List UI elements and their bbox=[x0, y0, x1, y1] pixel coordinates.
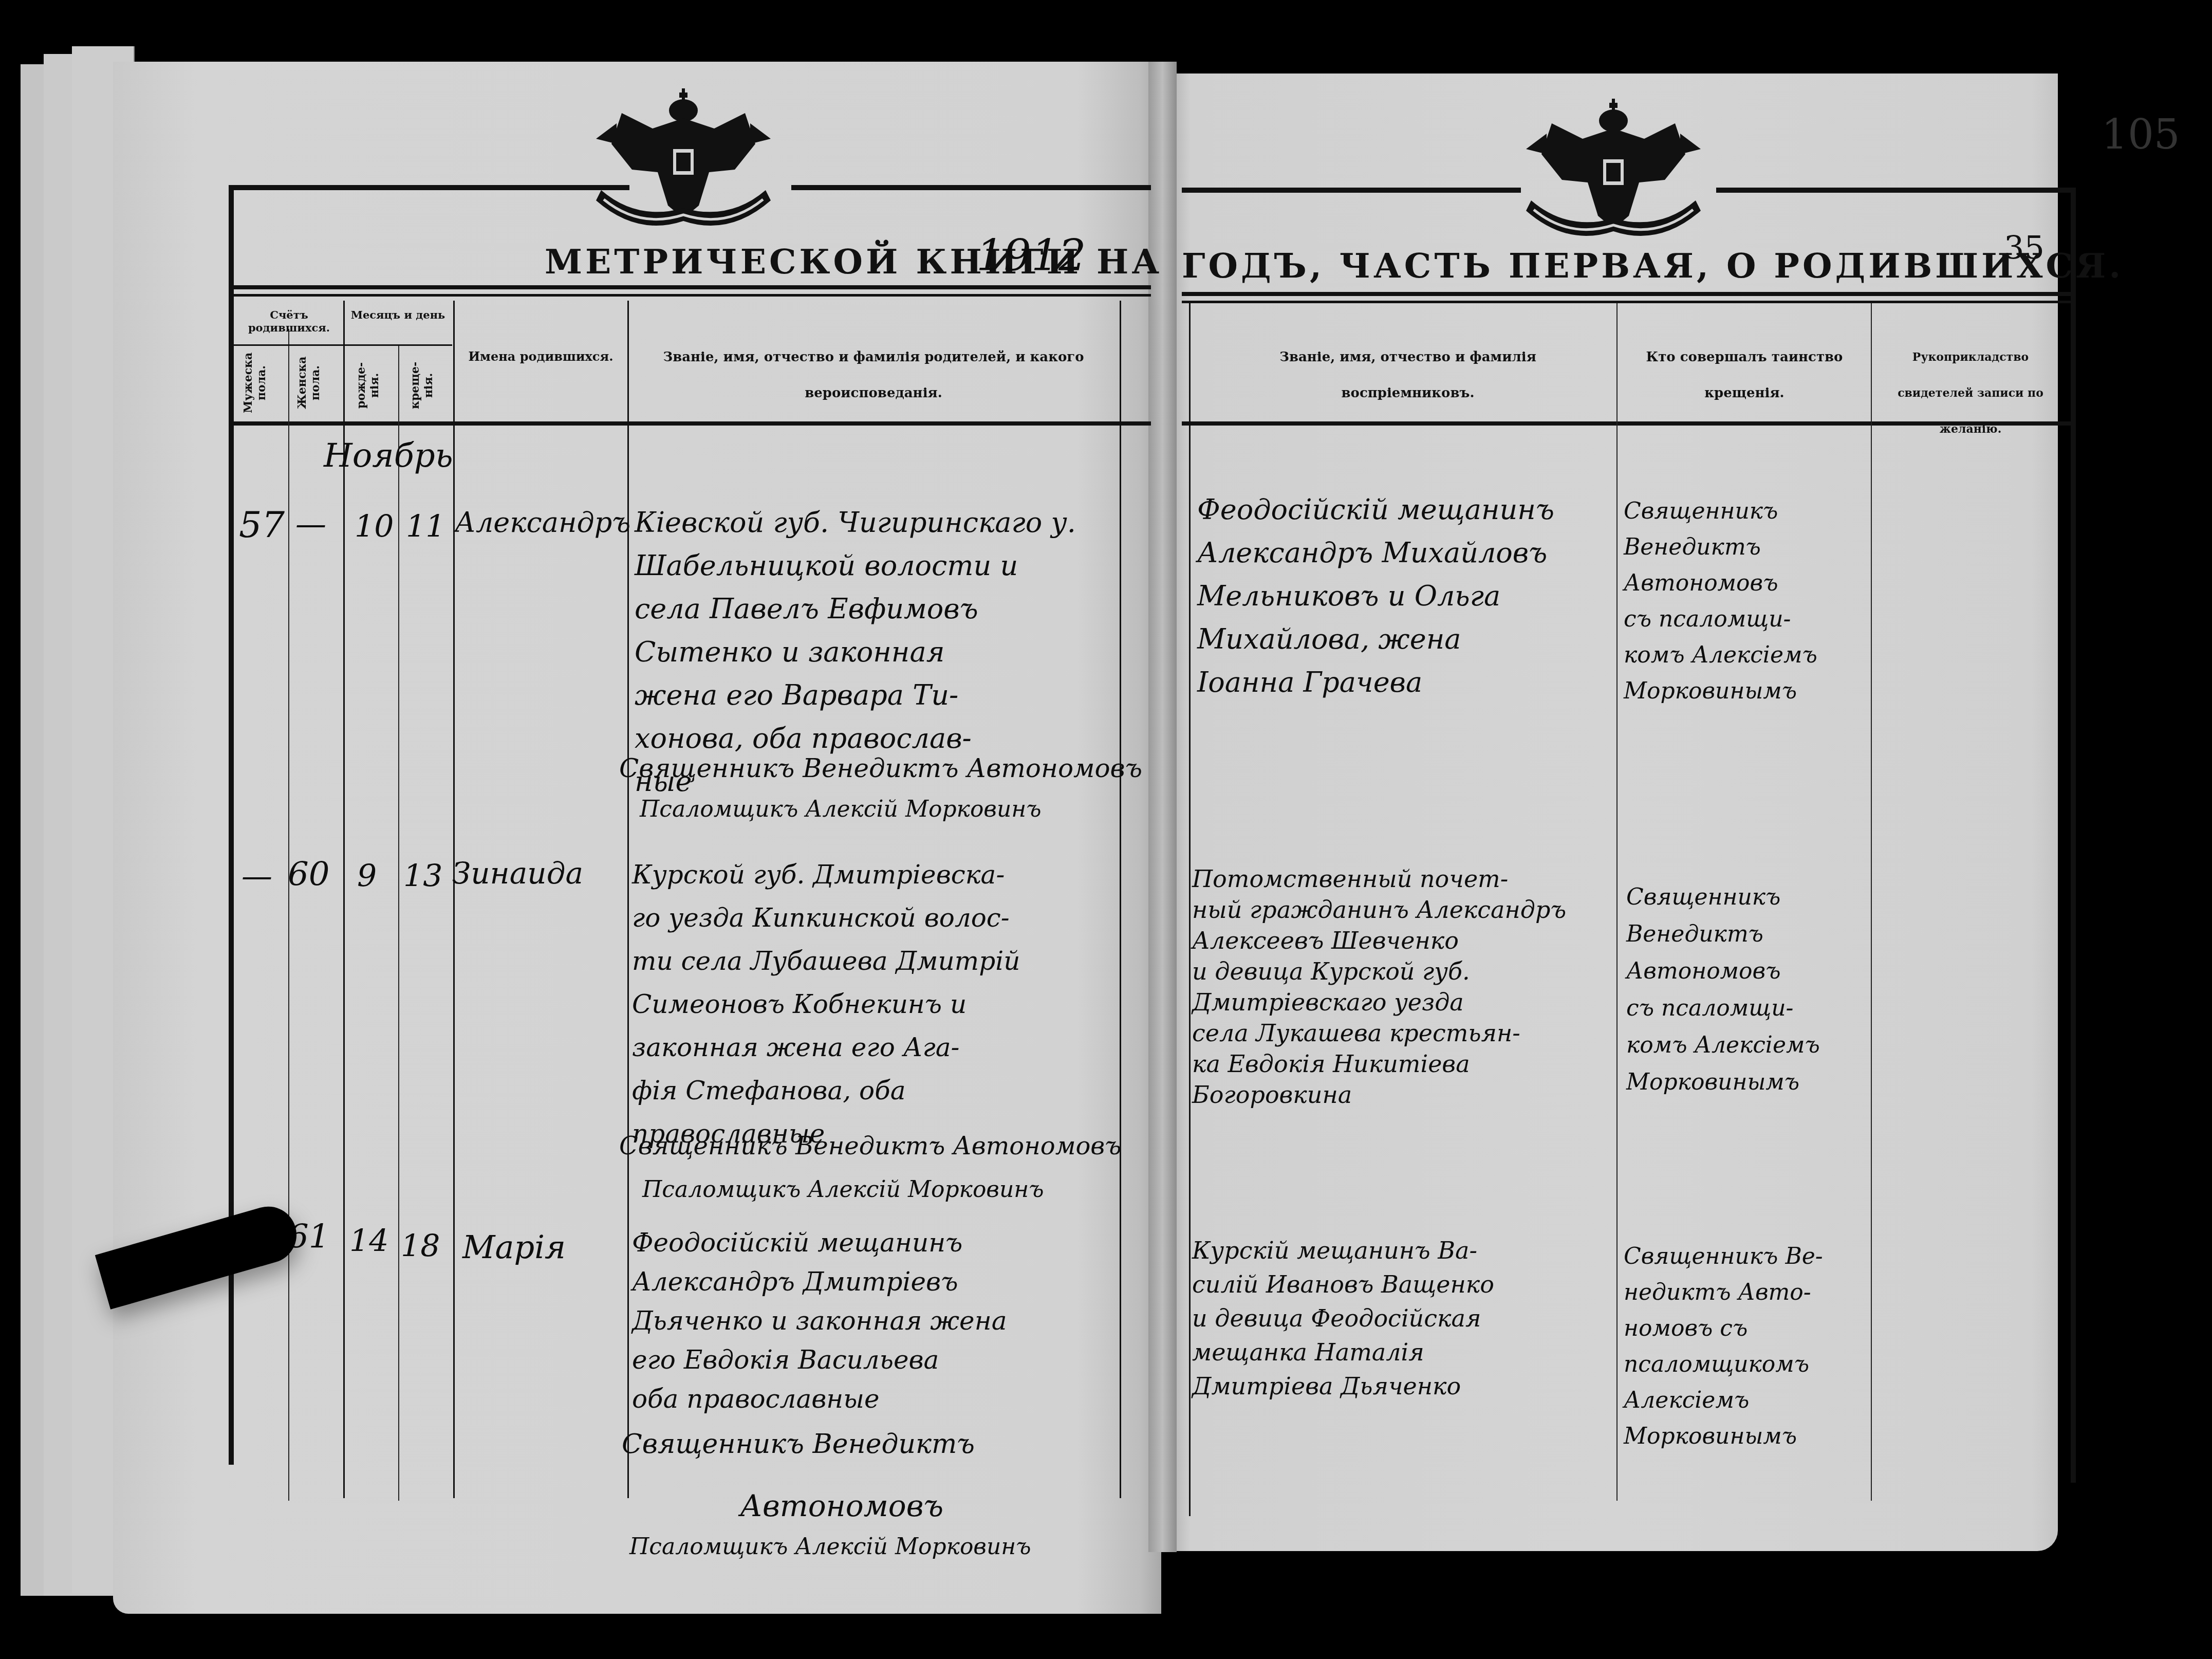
priest-surname-signature: Автономовъ bbox=[740, 1490, 943, 1521]
col-sep bbox=[627, 301, 629, 1498]
col-header-birth: рожде-нія. bbox=[355, 355, 391, 416]
imperial-eagle-emblem-icon bbox=[1521, 93, 1706, 247]
parents-line: его Евдокія Васильева bbox=[632, 1340, 1007, 1379]
col-header-names: Имена родившихся. bbox=[457, 349, 624, 364]
godparents-line: и девица Курской губ. bbox=[1192, 956, 1566, 987]
officiant-line: Морковинымъ bbox=[1626, 1064, 1820, 1101]
officiant-line: съ псаломщи- bbox=[1624, 601, 1817, 637]
female-count: — bbox=[295, 506, 326, 542]
col-sep bbox=[398, 344, 399, 1501]
col-header-witnesses: Рукоприкладство свидетелей записи по жел… bbox=[1875, 339, 2066, 447]
godparents-text: Феодосійскій мещанинъ Александръ Михайло… bbox=[1197, 488, 1554, 704]
col-header-godparents: Званіе, имя, отчество и фамилія воспріем… bbox=[1243, 339, 1572, 411]
godparents-line: Мельниковъ и Ольга bbox=[1197, 575, 1554, 618]
top-border-left bbox=[229, 185, 629, 190]
col-header-parents: Званіе, имя, отчество и фамилія родителе… bbox=[637, 339, 1110, 411]
parents-line: Дьяченко и законная жена bbox=[632, 1301, 1007, 1340]
officiant-line: съ псаломщи- bbox=[1626, 990, 1820, 1027]
col-header-count: Счётъ родившихся. bbox=[236, 308, 342, 334]
col-header-baptism: креще-нія. bbox=[408, 355, 444, 416]
top-border-right bbox=[1716, 188, 2076, 193]
parents-line: Сытенко и законная bbox=[635, 631, 1076, 674]
parents-text: Феодосійскій мещанинъ Александръ Дмитріе… bbox=[632, 1223, 1007, 1418]
officiant-text: Священникъ Венедиктъ Автономовъ съ псало… bbox=[1626, 879, 1820, 1101]
parents-line: фія Стефанова, оба bbox=[632, 1069, 1020, 1112]
godparents-text: Потомственный почет- ный гражданинъ Алек… bbox=[1192, 863, 1566, 1110]
header-rule bbox=[231, 285, 1151, 289]
parents-line: Курской губ. Дмитріевска- bbox=[632, 853, 1020, 896]
top-border-right bbox=[1182, 188, 1521, 193]
parents-line: Симеоновъ Кобнекинъ и bbox=[632, 983, 1020, 1026]
col-header-male: Мужеска пола. bbox=[241, 349, 283, 416]
child-name: Марія bbox=[462, 1228, 566, 1266]
officiant-line: комъ Алексіемъ bbox=[1624, 637, 1817, 673]
title-right: ГОДЪ, ЧАСТЬ ПЕРВАЯ, О РОДИВШИХСЯ. bbox=[1182, 246, 2124, 286]
col-sep bbox=[1189, 303, 1191, 1516]
officiant-line: Священникъ bbox=[1626, 879, 1820, 916]
parents-line: законная жена его Ага- bbox=[632, 1026, 1020, 1069]
column-header-rule bbox=[231, 421, 1151, 426]
officiant-line: Венедиктъ bbox=[1624, 529, 1817, 565]
child-name: Александръ bbox=[455, 506, 630, 539]
officiant-line: псаломщикомъ bbox=[1624, 1347, 1823, 1382]
col-sep bbox=[1616, 303, 1618, 1501]
officiant-text: Священникъ Венедиктъ Автономовъ съ псало… bbox=[1624, 493, 1817, 709]
godparents-line: Алексеевъ Шевченко bbox=[1192, 925, 1566, 956]
priest-signature: Священникъ Венедиктъ Автономовъ bbox=[619, 753, 1142, 784]
parents-text: Курской губ. Дмитріевска- го уезда Кипки… bbox=[632, 853, 1020, 1155]
godparents-line: силій Ивановъ Ващенко bbox=[1192, 1267, 1494, 1301]
godparents-line: Михайлова, жена bbox=[1197, 618, 1554, 661]
baptism-day: 18 bbox=[401, 1228, 440, 1264]
baptism-day: 13 bbox=[403, 858, 442, 894]
male-count: 57 bbox=[239, 504, 285, 546]
parents-line: ти села Лубашева Дмитрій bbox=[632, 939, 1020, 983]
baptism-day: 11 bbox=[406, 509, 445, 545]
godparents-text: Курскій мещанинъ Ва- силій Ивановъ Ващен… bbox=[1192, 1233, 1494, 1403]
header-rule bbox=[1182, 301, 2076, 303]
psalmist-signature: Псаломщикъ Алексій Морковинъ bbox=[642, 1174, 1044, 1205]
officiant-line: недиктъ Авто- bbox=[1624, 1275, 1823, 1311]
printed-page-number: 35 bbox=[2004, 229, 2044, 266]
officiant-line: Автономовъ bbox=[1624, 565, 1817, 601]
col-header-female: Женска пола. bbox=[295, 349, 337, 416]
male-count: — bbox=[241, 858, 272, 894]
godparents-line: Курскій мещанинъ Ва- bbox=[1192, 1233, 1494, 1267]
godparents-line: Александръ Михайловъ bbox=[1197, 531, 1554, 575]
book-gutter bbox=[1148, 62, 1177, 1552]
godparents-line: Потомственный почет- bbox=[1192, 863, 1566, 894]
godparents-line: Дмитріева Дьяченко bbox=[1192, 1369, 1494, 1403]
godparents-line: ка Евдокія Никитіева bbox=[1192, 1048, 1566, 1079]
birth-day: 14 bbox=[349, 1223, 388, 1259]
officiant-line: Священникъ bbox=[1624, 493, 1817, 529]
parents-line: Александръ Дмитріевъ bbox=[632, 1262, 1007, 1301]
col-sep bbox=[343, 301, 345, 1498]
top-border-left bbox=[791, 185, 1151, 190]
godparents-line: и девица Феодосійская bbox=[1192, 1301, 1494, 1335]
officiant-line: Венедиктъ bbox=[1626, 916, 1820, 953]
godparents-line: ный гражданинъ Александръ bbox=[1192, 894, 1566, 925]
officiant-line: Священникъ Ве- bbox=[1624, 1239, 1823, 1275]
col-sep bbox=[1871, 303, 1872, 1501]
officiant-line: Морковинымъ bbox=[1624, 1418, 1823, 1454]
officiant-line: номовъ съ bbox=[1624, 1311, 1823, 1347]
godparents-line: Феодосійскій мещанинъ bbox=[1197, 488, 1554, 531]
godparents-line: Дмитріевскаго уезда bbox=[1192, 987, 1566, 1018]
parents-line: го уезда Кипкинской волос- bbox=[632, 896, 1020, 939]
birth-day: 9 bbox=[357, 858, 377, 894]
officiant-line: Морковинымъ bbox=[1624, 673, 1817, 709]
godparents-line: Богоровкина bbox=[1192, 1079, 1566, 1110]
imperial-eagle-emblem-icon bbox=[591, 82, 776, 236]
header-rule bbox=[1182, 292, 2076, 296]
parents-line: жена его Варвара Ти- bbox=[635, 674, 1076, 717]
parents-line: села Павелъ Евфимовъ bbox=[635, 587, 1076, 631]
parents-line: Шабельницкой волости и bbox=[635, 544, 1076, 587]
priest-signature: Священникъ Венедиктъ bbox=[622, 1429, 975, 1460]
month-label: Ноябрь bbox=[324, 437, 453, 475]
col-sep bbox=[453, 301, 455, 1498]
header-rule bbox=[231, 294, 1151, 297]
birth-day: 10 bbox=[355, 509, 394, 545]
officiant-line: комъ Алексіемъ bbox=[1626, 1027, 1820, 1064]
child-name: Зинаида bbox=[452, 856, 583, 891]
col-sep bbox=[288, 329, 289, 1501]
parents-line: оба православные bbox=[632, 1379, 1007, 1418]
subheader-rule bbox=[234, 344, 452, 346]
col-header-date: Месяцъ и день bbox=[345, 308, 451, 321]
godparents-line: села Лукашева крестьян- bbox=[1192, 1018, 1566, 1048]
female-count: 60 bbox=[288, 856, 329, 894]
officiant-text: Священникъ Ве- недиктъ Авто- номовъ съ п… bbox=[1624, 1239, 1823, 1454]
right-frame-outer bbox=[2071, 188, 2076, 1483]
parents-line: Феодосійскій мещанинъ bbox=[632, 1223, 1007, 1262]
title-year: 1912 bbox=[976, 230, 1086, 281]
parents-line: Кіевской губ. Чигиринскаго у. bbox=[635, 501, 1076, 544]
officiant-line: Алексіемъ bbox=[1624, 1382, 1823, 1418]
psalmist-signature: Псаломщикъ Алексій Морковинъ bbox=[640, 794, 1042, 825]
col-sep bbox=[1120, 301, 1121, 1498]
col-header-officiant: Кто совершалъ таинство крещенія. bbox=[1629, 339, 1860, 411]
psalmist-signature: Псаломщикъ Алексій Морковинъ bbox=[629, 1532, 1031, 1562]
godparents-line: Іоанна Грачева bbox=[1197, 661, 1554, 704]
officiant-line: Автономовъ bbox=[1626, 953, 1820, 990]
godparents-line: мещанка Наталія bbox=[1192, 1335, 1494, 1369]
folio-number: 105 bbox=[2102, 110, 2180, 158]
priest-signature: Священникъ Венедиктъ Автономовъ bbox=[619, 1131, 1121, 1162]
